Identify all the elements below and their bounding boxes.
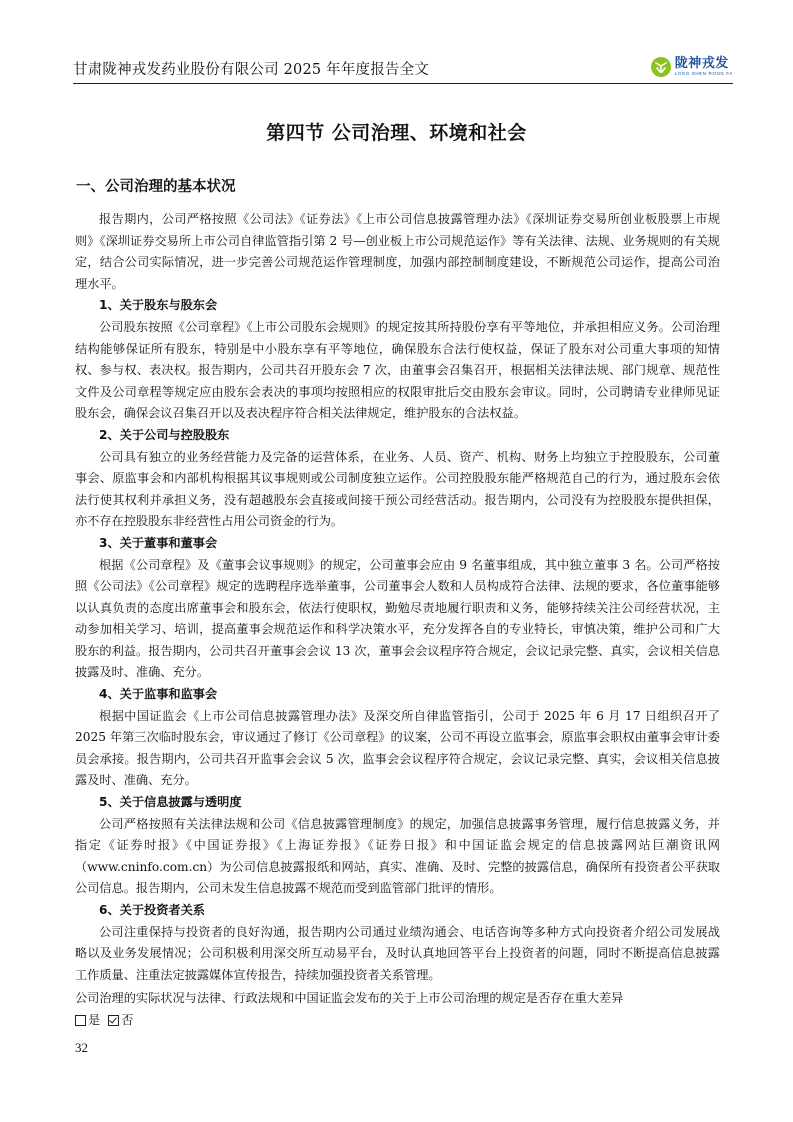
option-no: 否: [108, 1010, 133, 1032]
subsection-text-disclosure: 公司严格按照有关法律法规和公司《信息披露管理制度》的规定，加强信息披露事务管理，…: [75, 814, 720, 900]
report-title: 甘肃陇神戎发药业股份有限公司 2025 年年度报告全文: [73, 58, 429, 79]
option-yes-label: 是: [88, 1010, 100, 1032]
subsection-heading-controlling-shareholder: 2、关于公司与控股股东: [75, 425, 720, 447]
page-header: 甘肃陇神戎发药业股份有限公司 2025 年年度报告全文 陇神戎发 LONG SH…: [73, 52, 733, 82]
option-no-label: 否: [121, 1010, 133, 1032]
header-divider: [73, 83, 733, 84]
chapter-title: 第四节 公司治理、环境和社会: [0, 118, 793, 145]
logo-english-name: LONG SHEN RONG FA: [675, 72, 733, 77]
subsection-text-supervisors: 根据中国证监会《上市公司信息披露管理办法》及深交所自律监管指引，公司于 2025…: [75, 706, 720, 792]
subsection-text-investor-relations: 公司注重保持与投资者的良好沟通，报告期内公司通过业绩沟通会、电话咨询等多种方式向…: [75, 922, 720, 987]
checkbox-unchecked-icon: [75, 1015, 86, 1026]
intro-paragraph: 报告期内，公司严格按照《公司法》《证券法》《上市公司信息披露管理办法》《深圳证券…: [75, 209, 720, 295]
page-number: 32: [75, 1040, 88, 1056]
logo-chinese-name: 陇神戎发: [675, 57, 733, 70]
subsection-heading-board: 3、关于董事和董事会: [75, 533, 720, 555]
subsection-heading-supervisors: 4、关于监事和监事会: [75, 684, 720, 706]
subsection-heading-investor-relations: 6、关于投资者关系: [75, 900, 720, 922]
document-body: 报告期内，公司严格按照《公司法》《证券法》《上市公司信息披露管理办法》《深圳证券…: [75, 209, 720, 1032]
subsection-heading-shareholders: 1、关于股东与股东会: [75, 295, 720, 317]
subsection-text-shareholders: 公司股东按照《公司章程》《上市公司股东会规则》的规定按其所持股份享有平等地位，并…: [75, 317, 720, 425]
governance-difference-question: 公司治理的实际状况与法律、行政法规和中国证监会发布的关于上市公司治理的规定是否存…: [75, 988, 720, 1010]
company-logo: 陇神戎发 LONG SHEN RONG FA: [651, 54, 733, 80]
subsection-text-board: 根据《公司章程》及《董事会议事规则》的规定，公司董事会应由 9 名董事组成，其中…: [75, 555, 720, 685]
subsection-text-controlling-shareholder: 公司具有独立的业务经营能力及完备的运营体系，在业务、人员、资产、机构、财务上均独…: [75, 447, 720, 533]
governance-difference-answer: 是 否: [75, 1010, 720, 1032]
subsection-heading-disclosure: 5、关于信息披露与透明度: [75, 792, 720, 814]
company-logo-icon: [651, 57, 671, 77]
option-yes: 是: [75, 1010, 100, 1032]
checkbox-checked-icon: [108, 1015, 119, 1026]
section-heading: 一、公司治理的基本状况: [76, 175, 236, 196]
